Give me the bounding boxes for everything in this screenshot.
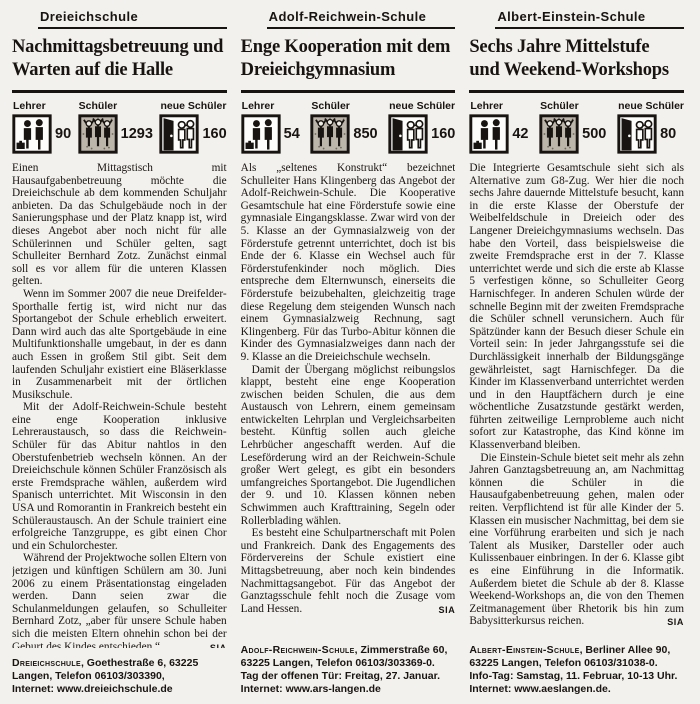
- divider-rule: [12, 90, 227, 93]
- stat-new-students: neue Schüler 80: [617, 100, 684, 154]
- kicker: Albert-Einstein-Schule: [495, 10, 684, 29]
- footer-school-name: Adolf-Reichwein-Schule: [241, 644, 355, 656]
- stat-students: Schüler 1293: [78, 100, 153, 154]
- stats-row: Lehrer 42 Schüler 500 neue Schüler 80: [469, 100, 684, 154]
- footer-open-day: Tag der offenen Tür: Freitag, 27. Januar…: [241, 670, 456, 683]
- stat-value-new-students: 160: [202, 127, 226, 142]
- paragraph: Einen Mittagstisch mit Hausaufgabenbetre…: [12, 162, 227, 288]
- contact-info: Dreieichschule, Goethestraße 6, 63225 La…: [12, 657, 227, 696]
- paragraph: Während der Projektwoche sollen Eltern v…: [12, 552, 227, 648]
- stat-value-students: 850: [353, 127, 377, 142]
- stat-label-new-students: neue Schüler: [160, 100, 226, 112]
- teachers-icon: [241, 114, 281, 154]
- stat-value-new-students: 160: [431, 127, 455, 142]
- school-name: Dreieichschule: [40, 10, 227, 24]
- paragraph: Es besteht eine Schulpartnerschaft mit P…: [241, 527, 456, 615]
- stat-teachers: Lehrer 90: [12, 100, 71, 154]
- paragraph: Mit der Adolf-Reichwein-Schule besteht e…: [12, 401, 227, 552]
- footer-info-day: Info-Tag: Samstag, 11. Februar, 10-13 Uh…: [469, 670, 684, 683]
- article-column-adolf-reichwein-schule: Adolf-Reichwein-Schule Enge Kooperation …: [241, 10, 456, 696]
- kicker: Dreieichschule: [38, 10, 227, 29]
- headline: Sechs Jahre Mittelstufe und Weekend-Work…: [469, 36, 684, 82]
- students-icon: [310, 114, 350, 154]
- article-column-albert-einstein-schule: Albert-Einstein-Schule Sechs Jahre Mitte…: [469, 10, 684, 696]
- contact-info: Albert-Einstein-Schule, Berliner Allee 9…: [469, 644, 684, 696]
- stat-teachers: Lehrer 54: [241, 100, 300, 154]
- stat-students: Schüler 500: [539, 100, 606, 154]
- stat-value-students: 1293: [121, 127, 153, 142]
- stat-teachers: Lehrer 42: [469, 100, 528, 154]
- footer-internet: Internet: www.dreieichschule.de: [12, 683, 227, 696]
- paragraph: Die Einstein-Schule bietet seit mehr als…: [469, 452, 684, 628]
- students-icon: [78, 114, 118, 154]
- stat-label-teachers: Lehrer: [13, 100, 71, 112]
- article-column-dreieichschule: Dreieichschule Nachmittagsbetreuung und …: [12, 10, 227, 696]
- stat-label-teachers: Lehrer: [470, 100, 528, 112]
- byline: SIA: [199, 643, 227, 648]
- students-icon: [539, 114, 579, 154]
- footer-school-name: Dreieichschule: [12, 657, 81, 669]
- school-name: Adolf-Reichwein-Schule: [269, 10, 456, 24]
- stats-row: Lehrer 54 Schüler 850 neue Schüler 160: [241, 100, 456, 154]
- stats-row: Lehrer 90 Schüler 1293 neue Schüler 160: [12, 100, 227, 154]
- divider-rule: [469, 90, 684, 93]
- stat-label-teachers: Lehrer: [242, 100, 300, 112]
- contact-info: Adolf-Reichwein-Schule, Zimmerstraße 60,…: [241, 644, 456, 696]
- newspaper-page: Dreieichschule Nachmittagsbetreuung und …: [0, 0, 700, 704]
- article-body: Die Integrierte Gesamtschule sieht sich …: [469, 162, 684, 635]
- stat-label-students: Schüler: [311, 100, 377, 112]
- teachers-icon: [12, 114, 52, 154]
- stat-label-students: Schüler: [79, 100, 153, 112]
- paragraph: Als „seltenes Konstrukt“ bezeichnet Schu…: [241, 162, 456, 364]
- new-students-icon: [159, 114, 199, 154]
- stat-value-students: 500: [582, 127, 606, 142]
- stat-value-teachers: 90: [55, 127, 71, 142]
- stat-new-students: neue Schüler 160: [388, 100, 455, 154]
- stat-value-teachers: 54: [284, 127, 300, 142]
- headline: Nachmittagsbetreuung und Warten auf die …: [12, 36, 227, 82]
- article-body: Als „seltenes Konstrukt“ bezeichnet Schu…: [241, 162, 456, 635]
- paragraph: Die Integrierte Gesamtschule sieht sich …: [469, 162, 684, 452]
- footer-internet: Internet: www.aeslangen.de.: [469, 683, 684, 696]
- stat-label-new-students: neue Schüler: [618, 100, 684, 112]
- school-name: Albert-Einstein-Schule: [497, 10, 684, 24]
- footer-internet: Internet: www.ars-langen.de: [241, 683, 456, 696]
- stat-value-new-students: 80: [660, 127, 676, 142]
- new-students-icon: [388, 114, 428, 154]
- byline: SIA: [428, 605, 456, 615]
- stat-label-new-students: neue Schüler: [389, 100, 455, 112]
- paragraph: Damit der Übergang möglichst reibungslos…: [241, 364, 456, 528]
- stat-new-students: neue Schüler 160: [159, 100, 226, 154]
- footer-school-name: Albert-Einstein-Schule: [469, 644, 579, 656]
- paragraph: Wenn im Sommer 2007 die neue Dreifelder-…: [12, 288, 227, 401]
- byline: SIA: [656, 617, 684, 627]
- stat-label-students: Schüler: [540, 100, 606, 112]
- stat-value-teachers: 42: [512, 127, 528, 142]
- stat-students: Schüler 850: [310, 100, 377, 154]
- article-body: Einen Mittagstisch mit Hausaufgabenbetre…: [12, 162, 227, 648]
- teachers-icon: [469, 114, 509, 154]
- kicker: Adolf-Reichwein-Schule: [267, 10, 456, 29]
- divider-rule: [241, 90, 456, 93]
- headline: Enge Kooperation mit dem Dreieichgymnasi…: [241, 36, 456, 82]
- new-students-icon: [617, 114, 657, 154]
